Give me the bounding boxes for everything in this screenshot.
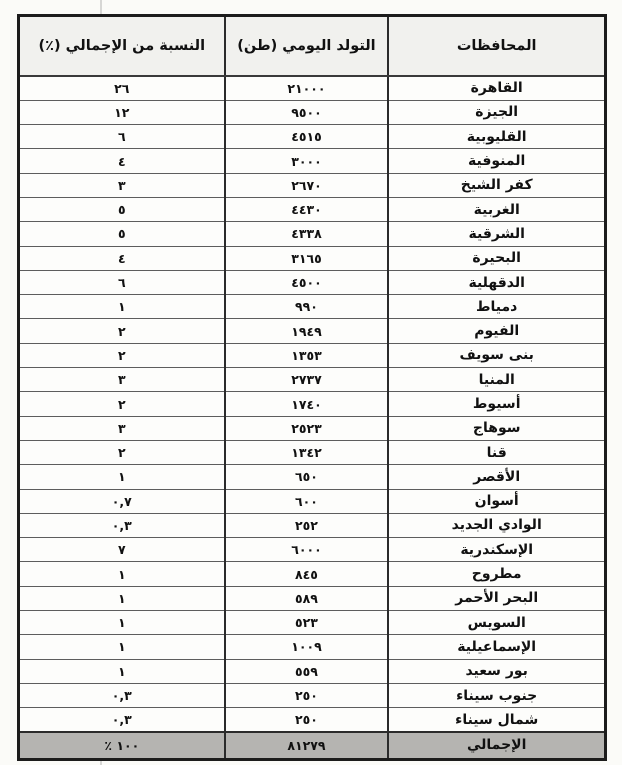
daily-tons-cell: ٣١٦٥ <box>225 246 389 270</box>
percent-cell: ٠,٧ <box>19 489 225 513</box>
daily-tons-cell: ٦٥٠ <box>225 465 389 489</box>
daily-tons-cell: ١٣٥٣ <box>225 343 389 367</box>
governorate-name-cell: الفيوم <box>388 319 605 343</box>
daily-tons-cell: ٤٤٣٠ <box>225 197 389 221</box>
total-row: الإجمالي ٨١٢٧٩ ٪ ١٠٠ <box>19 732 606 759</box>
percent-cell: ٤ <box>19 246 225 270</box>
daily-tons-cell: ١٠٠٩ <box>225 635 389 659</box>
table-row: الدقهلية٤٥٠٠٦ <box>19 270 606 294</box>
table-row: بور سعيد٥٥٩١ <box>19 659 606 683</box>
governorate-name-cell: الغربية <box>388 197 605 221</box>
daily-tons-cell: ٢١٠٠٠ <box>225 76 389 100</box>
table-row: القاهرة٢١٠٠٠٢٦ <box>19 76 606 100</box>
table-row: الفيوم١٩٤٩٢ <box>19 319 606 343</box>
header-percent-of-total: النسبة من الإجمالي (٪) <box>19 16 225 77</box>
table-row: البحر الأحمر٥٨٩١ <box>19 586 606 610</box>
percent-cell: ٠,٣ <box>19 708 225 732</box>
table-body: القاهرة٢١٠٠٠٢٦الجيزة٩٥٠٠١٢القليوبية٤٥١٥٦… <box>19 76 606 732</box>
daily-tons-cell: ٦٠٠ <box>225 489 389 513</box>
percent-cell: ٣ <box>19 173 225 197</box>
governorate-name-cell: الوادي الجديد <box>388 513 605 537</box>
table-row: المنوفية٣٠٠٠٤ <box>19 149 606 173</box>
total-percent: ٪ ١٠٠ <box>19 732 225 759</box>
governorate-name-cell: القليوبية <box>388 125 605 149</box>
table-row: الإسماعيلية١٠٠٩١ <box>19 635 606 659</box>
daily-tons-cell: ٣٠٠٠ <box>225 149 389 173</box>
governorate-name-cell: دمياط <box>388 295 605 319</box>
table-header: المحافظات التولد اليومي (طن) النسبة من ا… <box>19 16 606 77</box>
table-row: بنى سويف١٣٥٣٢ <box>19 343 606 367</box>
table-row: الوادي الجديد٢٥٢٠,٣ <box>19 513 606 537</box>
governorate-name-cell: سوهاج <box>388 416 605 440</box>
percent-cell: ٥ <box>19 222 225 246</box>
governorate-name-cell: القاهرة <box>388 76 605 100</box>
percent-cell: ٢ <box>19 319 225 343</box>
governorate-name-cell: البحر الأحمر <box>388 586 605 610</box>
governorate-name-cell: الشرقية <box>388 222 605 246</box>
table-row: دمياط٩٩٠١ <box>19 295 606 319</box>
daily-tons-cell: ٤٥١٥ <box>225 125 389 149</box>
governorate-name-cell: أسوان <box>388 489 605 513</box>
table-footer: الإجمالي ٨١٢٧٩ ٪ ١٠٠ <box>19 732 606 759</box>
table-row: الإسكندرية٦٠٠٠٧ <box>19 538 606 562</box>
percent-cell: ١ <box>19 635 225 659</box>
table-row: البحيرة٣١٦٥٤ <box>19 246 606 270</box>
daily-tons-cell: ٢٥٢٣ <box>225 416 389 440</box>
percent-cell: ١ <box>19 295 225 319</box>
daily-tons-cell: ٢٦٧٠ <box>225 173 389 197</box>
header-daily-generation-tons: التولد اليومي (طن) <box>225 16 389 77</box>
table-row: الجيزة٩٥٠٠١٢ <box>19 100 606 124</box>
daily-tons-cell: ٤٣٣٨ <box>225 222 389 246</box>
percent-cell: ٠,٣ <box>19 513 225 537</box>
governorate-name-cell: البحيرة <box>388 246 605 270</box>
table-row: أسيوط١٧٤٠٢ <box>19 392 606 416</box>
table-row: المنيا٢٧٣٧٣ <box>19 368 606 392</box>
daily-tons-cell: ٩٥٠٠ <box>225 100 389 124</box>
daily-tons-cell: ٢٥٢ <box>225 513 389 537</box>
daily-tons-cell: ٨٤٥ <box>225 562 389 586</box>
total-label: الإجمالي <box>388 732 605 759</box>
percent-cell: ١٢ <box>19 100 225 124</box>
table-row: الغربية٤٤٣٠٥ <box>19 197 606 221</box>
governorates-waste-table: المحافظات التولد اليومي (طن) النسبة من ا… <box>17 14 607 761</box>
governorate-name-cell: الإسماعيلية <box>388 635 605 659</box>
daily-tons-cell: ٥٨٩ <box>225 586 389 610</box>
governorate-name-cell: جنوب سيناء <box>388 683 605 707</box>
table-row: السويس٥٢٣١ <box>19 611 606 635</box>
table-row: أسوان٦٠٠٠,٧ <box>19 489 606 513</box>
daily-tons-cell: ٢٥٠ <box>225 683 389 707</box>
percent-cell: ٠,٣ <box>19 683 225 707</box>
daily-tons-cell: ٢٥٠ <box>225 708 389 732</box>
percent-cell: ١ <box>19 562 225 586</box>
percent-cell: ٤ <box>19 149 225 173</box>
table-row: سوهاج٢٥٢٣٣ <box>19 416 606 440</box>
percent-cell: ١ <box>19 465 225 489</box>
percent-cell: ١ <box>19 611 225 635</box>
governorate-name-cell: الدقهلية <box>388 270 605 294</box>
percent-cell: ٧ <box>19 538 225 562</box>
governorate-name-cell: المنوفية <box>388 149 605 173</box>
percent-cell: ١ <box>19 586 225 610</box>
daily-tons-cell: ٩٩٠ <box>225 295 389 319</box>
percent-cell: ٦ <box>19 270 225 294</box>
table-row: الشرقية٤٣٣٨٥ <box>19 222 606 246</box>
governorate-name-cell: قنا <box>388 440 605 464</box>
daily-tons-cell: ٢٧٣٧ <box>225 368 389 392</box>
table-row: جنوب سيناء٢٥٠٠,٣ <box>19 683 606 707</box>
percent-cell: ٦ <box>19 125 225 149</box>
governorate-name-cell: الجيزة <box>388 100 605 124</box>
daily-tons-cell: ٥٥٩ <box>225 659 389 683</box>
daily-tons-cell: ١٧٤٠ <box>225 392 389 416</box>
percent-cell: ٢ <box>19 392 225 416</box>
governorate-name-cell: السويس <box>388 611 605 635</box>
table-row: الأقصر٦٥٠١ <box>19 465 606 489</box>
percent-cell: ١ <box>19 659 225 683</box>
governorate-name-cell: كفر الشيخ <box>388 173 605 197</box>
table-row: مطروح٨٤٥١ <box>19 562 606 586</box>
percent-cell: ٢ <box>19 343 225 367</box>
table-row: القليوبية٤٥١٥٦ <box>19 125 606 149</box>
percent-cell: ٢٦ <box>19 76 225 100</box>
table-row: قنا١٣٤٢٢ <box>19 440 606 464</box>
governorate-name-cell: الأقصر <box>388 465 605 489</box>
daily-tons-cell: ٤٥٠٠ <box>225 270 389 294</box>
percent-cell: ٣ <box>19 416 225 440</box>
governorate-name-cell: أسيوط <box>388 392 605 416</box>
governorate-name-cell: بور سعيد <box>388 659 605 683</box>
daily-tons-cell: ١٩٤٩ <box>225 319 389 343</box>
daily-tons-cell: ٥٢٣ <box>225 611 389 635</box>
governorate-name-cell: مطروح <box>388 562 605 586</box>
governorate-name-cell: المنيا <box>388 368 605 392</box>
daily-tons-cell: ١٣٤٢ <box>225 440 389 464</box>
header-governorates: المحافظات <box>388 16 605 77</box>
header-row: المحافظات التولد اليومي (طن) النسبة من ا… <box>19 16 606 77</box>
total-tons: ٨١٢٧٩ <box>225 732 389 759</box>
table-row: كفر الشيخ٢٦٧٠٣ <box>19 173 606 197</box>
governorate-name-cell: بنى سويف <box>388 343 605 367</box>
daily-tons-cell: ٦٠٠٠ <box>225 538 389 562</box>
percent-cell: ٢ <box>19 440 225 464</box>
percent-cell: ٣ <box>19 368 225 392</box>
table-row: شمال سيناء٢٥٠٠,٣ <box>19 708 606 732</box>
governorate-name-cell: الإسكندرية <box>388 538 605 562</box>
percent-cell: ٥ <box>19 197 225 221</box>
governorate-name-cell: شمال سيناء <box>388 708 605 732</box>
